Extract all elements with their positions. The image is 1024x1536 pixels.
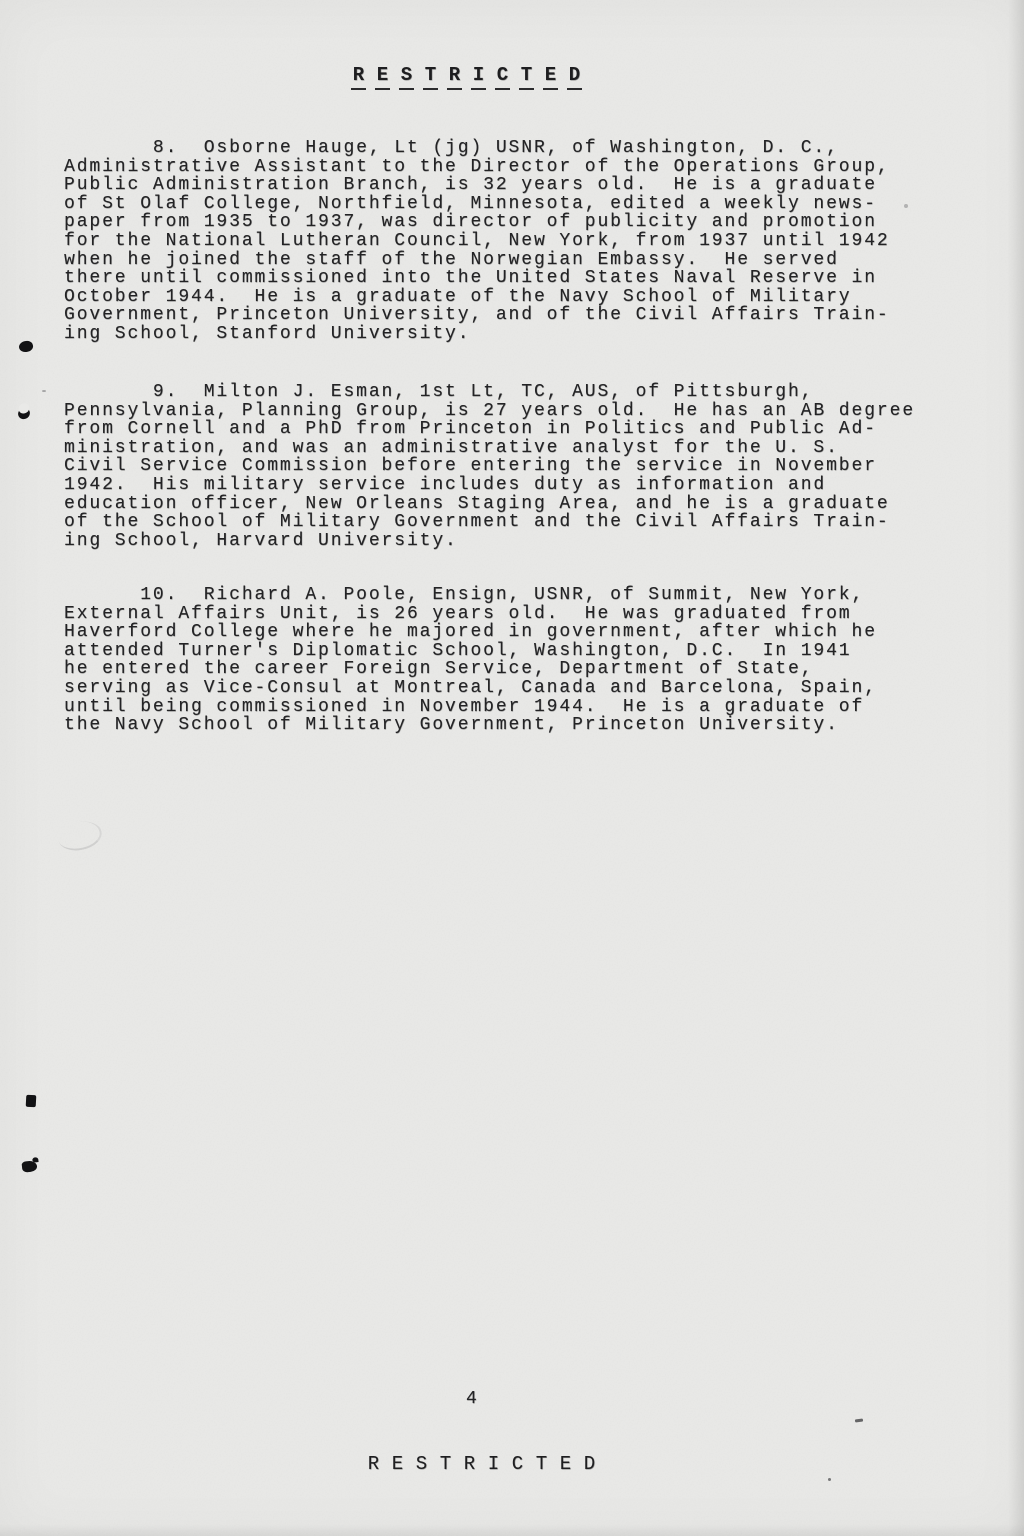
paragraph-8: 8. Osborne Hauge, Lt (jg) USNR, of Washi… (64, 139, 890, 344)
scan-artifact-speck (904, 204, 908, 208)
ink-spot-4 (21, 1160, 37, 1173)
ink-spot-3 (26, 1095, 37, 1108)
paragraph-9: 9. Milton J. Esman, 1st Lt, TC, AUS, of … (64, 383, 915, 550)
page-number: 4 (466, 1389, 479, 1409)
scanned-document-page: RESTRICTED 8. Osborne Hauge, Lt (jg) USN… (0, 0, 1024, 1536)
classification-footer: RESTRICTED (366, 1453, 606, 1475)
scan-artifact-speck (828, 1478, 831, 1481)
scan-edge-shadow-right (1008, 0, 1024, 1536)
scan-edge-shadow-bottom (0, 1524, 1024, 1536)
classification-header: RESTRICTED (351, 64, 591, 90)
scan-artifact-dash (855, 1418, 863, 1422)
ink-spot-1 (18, 339, 34, 353)
paragraph-10: 10. Richard A. Poole, Ensign, USNR, of S… (64, 586, 877, 735)
ink-spot-2 (16, 406, 32, 422)
scan-artifact-speck (42, 390, 46, 392)
scan-artifact-watermark (56, 818, 105, 855)
